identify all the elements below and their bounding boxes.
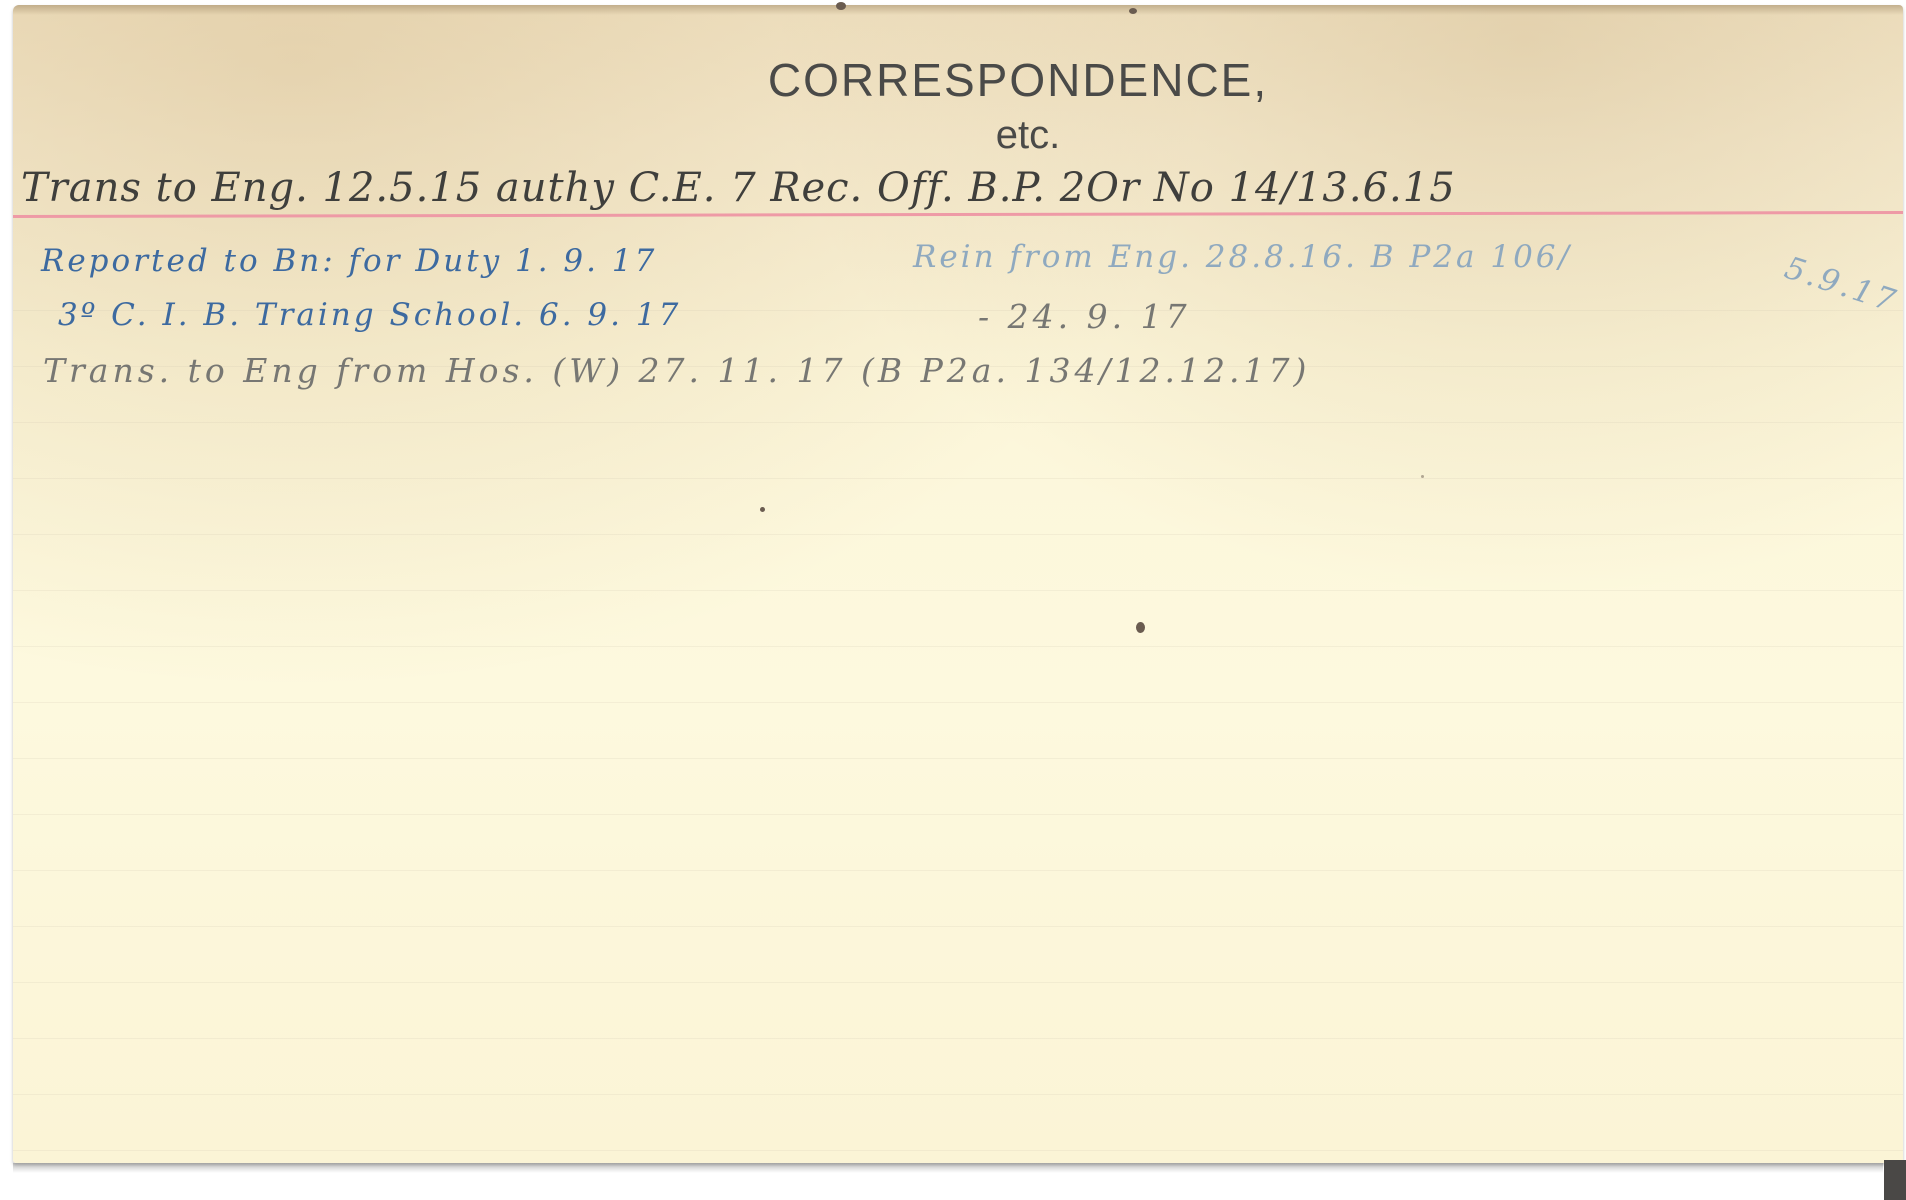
ink-spot xyxy=(1421,475,1424,478)
entry-rein-from-eng: Rein from Eng. 28.8.16. B P2a 106/ xyxy=(913,239,1572,275)
ink-spot xyxy=(1136,622,1145,633)
entry-transfer-1915: Trans to Eng. 12.5.15 authy C.E. 7 Rec. … xyxy=(21,165,1456,211)
card-subtitle: etc. xyxy=(13,113,1903,158)
card-title: CORRESPONDENCE, xyxy=(13,53,1903,107)
entry-transfer-from-hospital: Trans. to Eng from Hos. (W) 27. 11. 17 (… xyxy=(43,351,1310,390)
ink-spot xyxy=(836,2,846,10)
faint-ruled-lines xyxy=(13,255,1903,1163)
red-header-rule xyxy=(13,211,1903,218)
correspondence-record-card: CORRESPONDENCE, etc. Trans to Eng. 12.5.… xyxy=(13,5,1903,1163)
ink-spot xyxy=(760,507,765,512)
entry-reported-for-duty: Reported to Bn: for Duty 1. 9. 17 xyxy=(41,243,657,279)
ink-spot xyxy=(1129,8,1137,14)
entry-training-end-date: - 24. 9. 17 xyxy=(978,297,1191,336)
card-bottom-shadow xyxy=(13,1163,1883,1173)
entry-training-school: 3º C. I. B. Traing School. 6. 9. 17 xyxy=(58,297,681,333)
adjacent-card-edge xyxy=(1884,1160,1906,1200)
